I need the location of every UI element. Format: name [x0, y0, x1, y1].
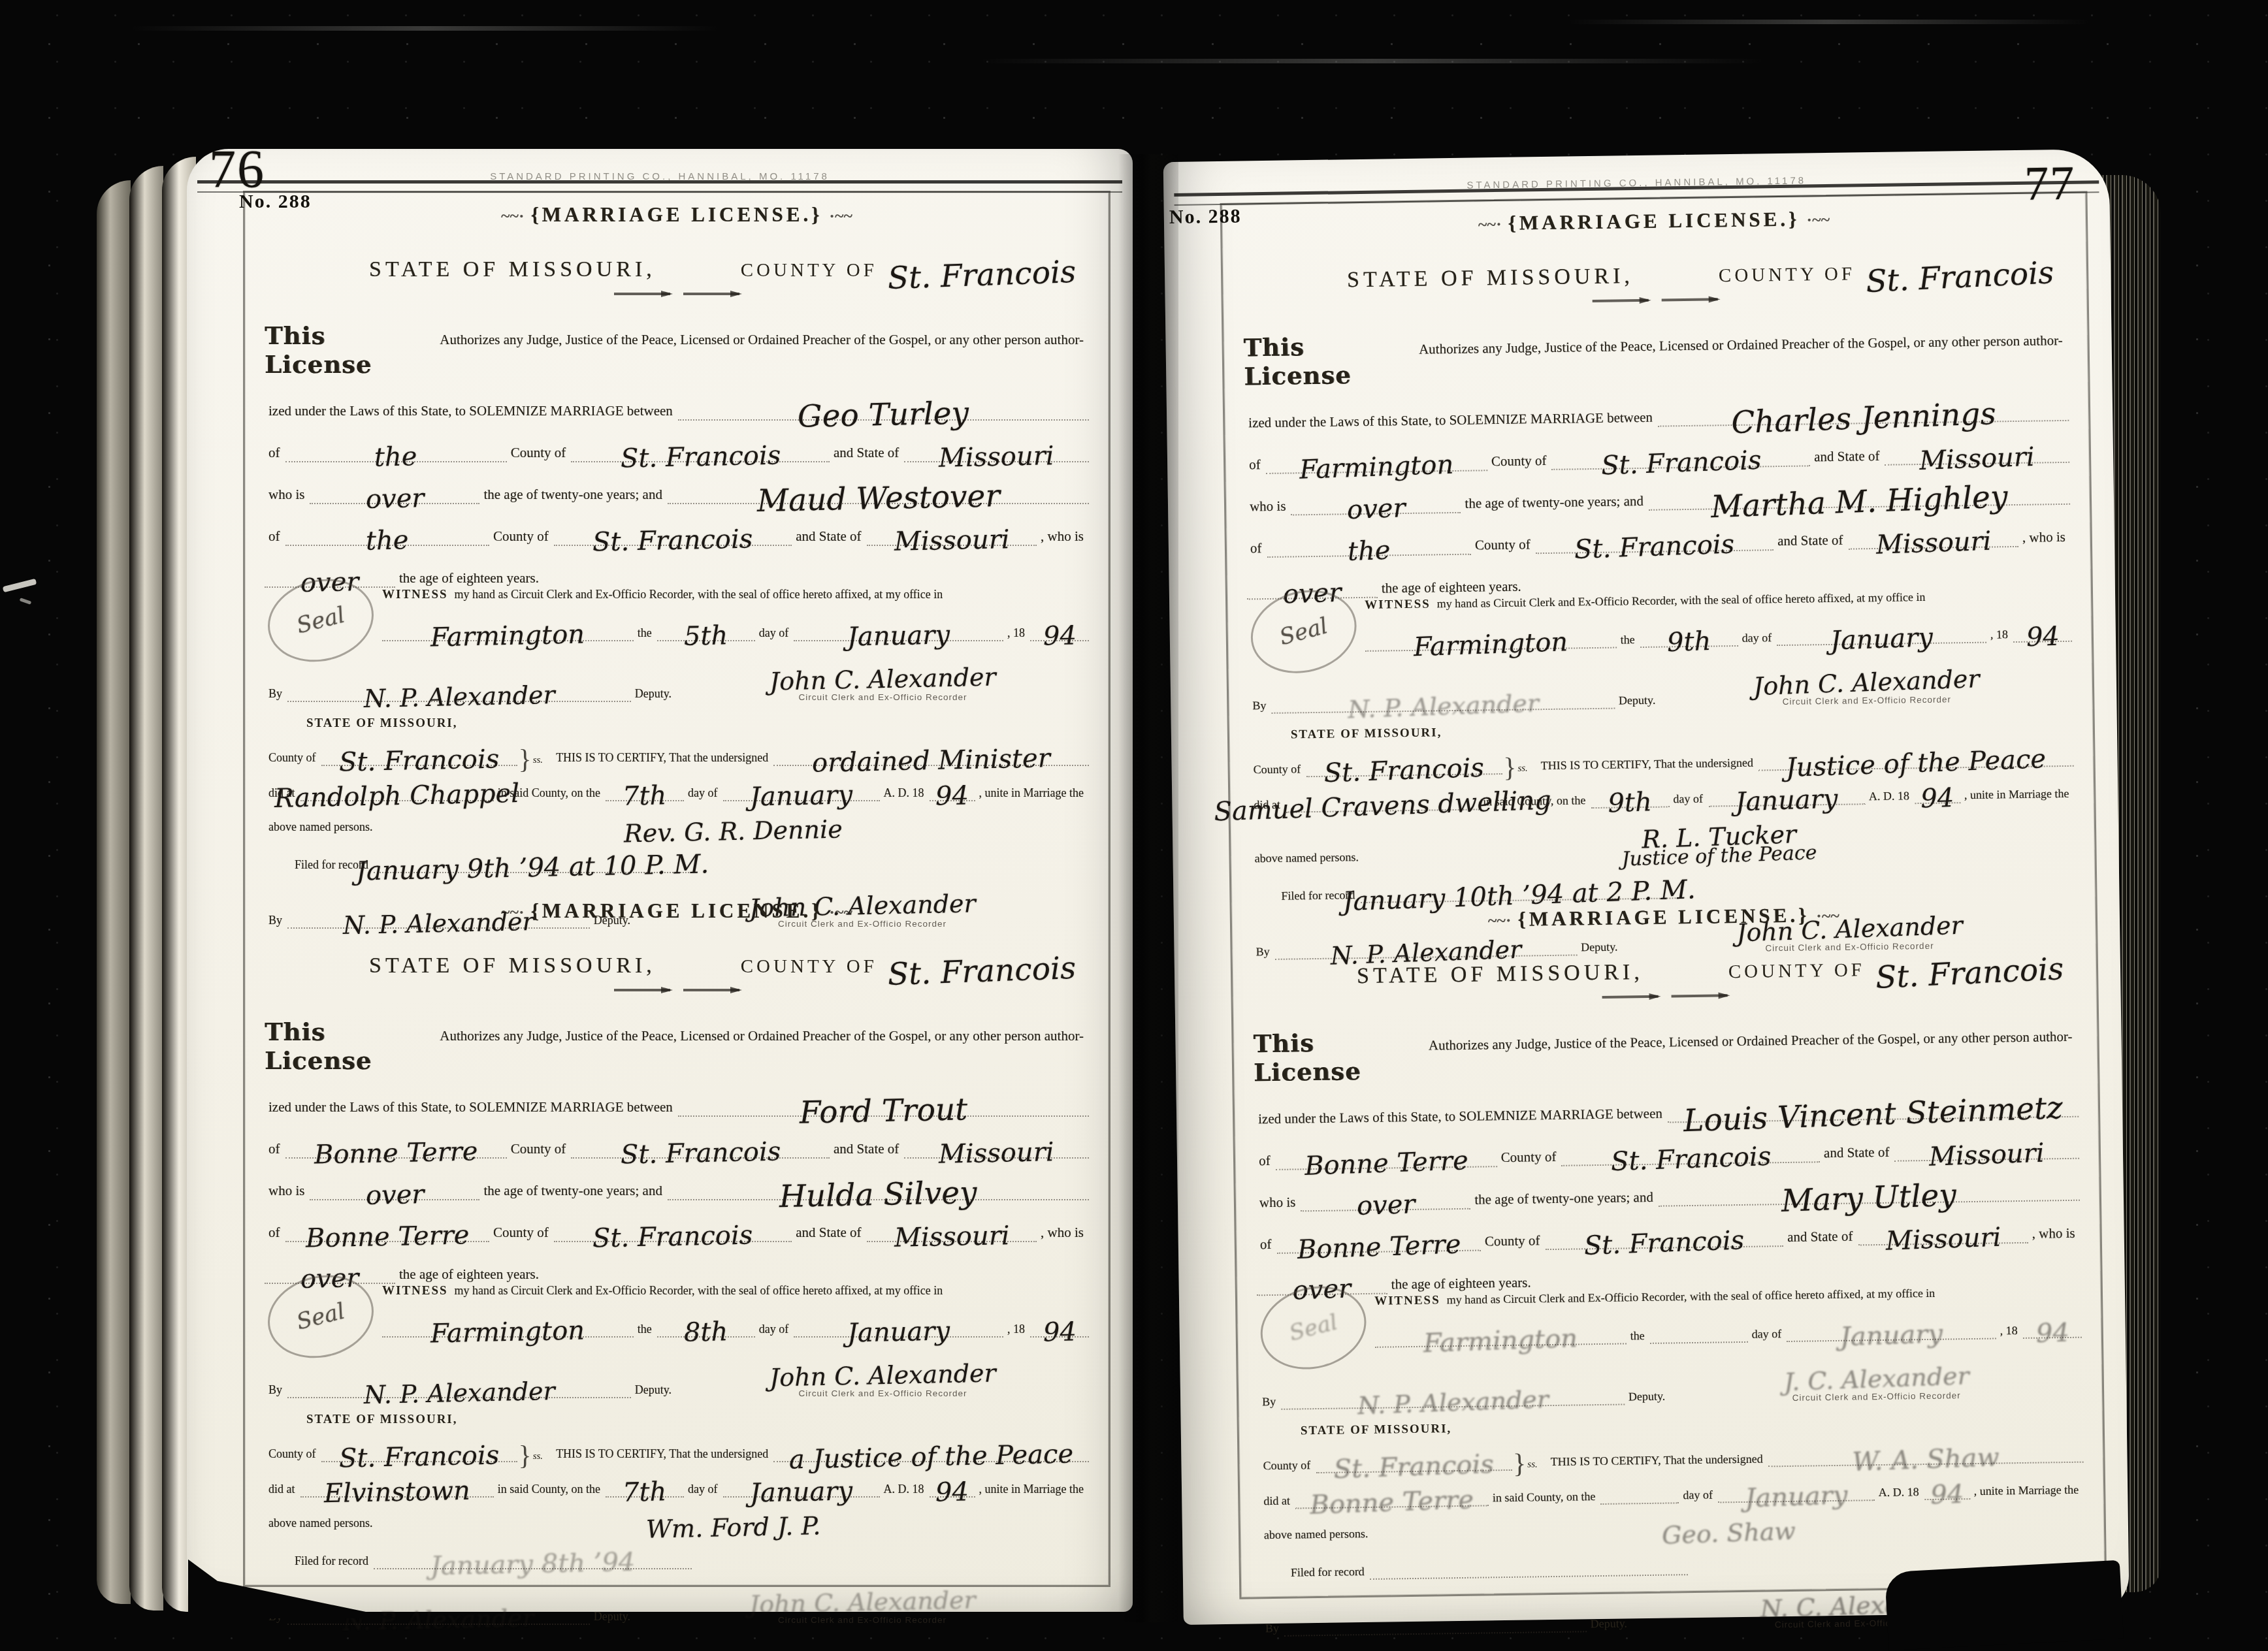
filed-line: Filed for record January 9th ’94 at 10 P…	[291, 851, 1089, 873]
witness-section: Seal WITNESS my hand as Circuit Clerk an…	[265, 1284, 1089, 1398]
the-label: the	[1617, 633, 1640, 649]
groom-name-field: Geo Turley	[678, 398, 1089, 421]
cert-place-date-line: did at Randolph Chappel in said County, …	[265, 779, 1089, 801]
witness-section: Seal WITNESS my hand as Circuit Clerk an…	[1257, 1285, 2082, 1411]
groom-county-field: St. Francois	[571, 1136, 830, 1159]
groom-county-field: St. Francois	[571, 440, 830, 462]
groom-state: Missouri	[1919, 447, 2035, 471]
cert-state-label: STATE OF MISSOURI,	[306, 1413, 1089, 1427]
witness-year-field: 94	[1030, 619, 1089, 641]
authorizes-text: Authorizes any Judge, Justice of the Pea…	[436, 332, 1089, 349]
witness-day: 5th	[684, 626, 728, 646]
groom-county: St. Francois	[1600, 451, 1761, 476]
cert-county: St. Francois	[1333, 1454, 1494, 1480]
age21-label: the age of twenty-one years; and	[1461, 493, 1649, 513]
of-label: of	[1246, 540, 1267, 558]
groom-state: Missouri	[939, 1142, 1054, 1164]
form-number: No. 288	[1169, 205, 1242, 229]
witness-day: 9th	[1667, 632, 1711, 652]
county-of-label: County of	[265, 751, 321, 766]
year-18-label: , 18	[1003, 1322, 1030, 1338]
who-is-label: , who is	[2028, 1225, 2081, 1243]
age18-label: the age of eighteen years.	[395, 570, 544, 588]
groom-county-field: St. Francois	[1551, 444, 1810, 470]
certify-label: THIS IS TO CERTIFY, That the undersigned	[1537, 756, 1758, 775]
bride-residence: Bonne Terre	[1297, 1234, 1461, 1260]
witness-year: 94	[1043, 1322, 1077, 1342]
witness-month-field: January	[794, 1315, 1003, 1338]
marriage-place: Randolph Chappel	[274, 784, 520, 809]
witness-year-field: 94	[2013, 620, 2072, 643]
marriage-day-field: 9th	[1591, 785, 1669, 809]
filed-date-field: January 8th ’94	[374, 1547, 692, 1569]
between-line: ized under the Laws of this State, to SO…	[1244, 399, 2069, 433]
age21-label: the age of twenty-one years; and	[479, 1183, 667, 1200]
clerk-signature-block: J. C. Alexander Circuit Clerk and Ex-Off…	[1670, 1360, 2083, 1405]
marriage-day-field	[1600, 1481, 1679, 1505]
year-18-label: , 18	[1003, 626, 1030, 641]
the-label: the	[634, 1322, 657, 1338]
license-grant-text: This License Authorizes any Judge, Justi…	[1243, 322, 2068, 391]
bride-age-line: over the age of eighteen years.	[265, 566, 1089, 588]
marriage-license-record: ~~·{MARRIAGE LICENSE.}·~~ STATE OF MISSO…	[245, 889, 1109, 1585]
witness-place-field: Farmington	[1365, 626, 1617, 652]
deputy-label: Deputy.	[590, 1610, 636, 1625]
age18-label: the age of eighteen years.	[1387, 1274, 1536, 1294]
cert-signature-line: above named persons. R. L. Tucker Justic…	[1250, 816, 2075, 867]
witness-line: WITNESS my hand as Circuit Clerk and Ex-…	[382, 1284, 1089, 1298]
deputy-signature-field: N. P. Alexander	[287, 1376, 631, 1398]
undersigned-field: W. A. Shaw	[1768, 1441, 2083, 1467]
brace-glyph: }	[1502, 761, 1517, 775]
groom-state-field: Missouri	[904, 1136, 1089, 1159]
filed-label: Filed for record	[291, 1554, 374, 1569]
marriage-day: 7th	[623, 1482, 667, 1502]
cert-county-field: St. Francois	[1316, 1449, 1512, 1473]
marriage-place: Samuel Cravens dwelling	[1214, 791, 1551, 822]
and-state-of-label: and State of	[1810, 448, 1885, 467]
undersigned-field: Justice of the Peace	[1758, 745, 2074, 771]
witness-date-line: Farmington the 5th day of January , 18 9…	[382, 619, 1089, 641]
film-scratch	[3, 579, 37, 592]
county-of-label: COUNTY OF	[1719, 263, 1856, 287]
groom-residence: the	[374, 447, 417, 467]
witness-place: Farmington	[1414, 632, 1568, 657]
state-county-line: STATE OF MISSOURI, COUNTY OF St. Francoi…	[265, 257, 1089, 282]
ad-18-label: A. D. 18	[1865, 789, 1915, 805]
seal-text: Seal	[1278, 616, 1330, 647]
form-number: No. 288	[239, 191, 312, 213]
witness-section: Seal WITNESS my hand as Circuit Clerk an…	[1247, 588, 2073, 714]
county-of-label: County of	[1497, 1149, 1562, 1167]
in-said-county-label: in said County, on the	[494, 1483, 606, 1498]
officiant-signature-block: R. L. Tucker Justice of the Peace	[1363, 816, 2075, 865]
scan-shadow-blob	[1885, 1560, 2124, 1651]
cert-county: St. Francois	[339, 1445, 500, 1468]
county-of-label: County of	[1259, 1458, 1316, 1474]
county-of-label: COUNTY OF	[741, 956, 877, 978]
groom-state-field: Missouri	[1885, 441, 2069, 466]
ad-18-label: A. D. 18	[880, 786, 930, 801]
seal-text: Seal	[1288, 1312, 1340, 1343]
of-label: of	[1256, 1236, 1277, 1254]
groom-age-line: who is over the age of twenty-one years;…	[265, 1178, 1089, 1200]
of-label: of	[1245, 457, 1266, 474]
solemnize-text: ized under the Laws of this State, to SO…	[265, 1099, 678, 1117]
bride-residence-field: the	[285, 524, 490, 546]
page-number: 77	[2024, 156, 2076, 212]
film-scratch	[20, 598, 32, 605]
flourish-icon: ~~·	[1488, 911, 1512, 930]
ss-label: ss.	[1527, 1459, 1547, 1470]
groom-residence-field: Farmington	[1265, 449, 1487, 474]
witness-line: WITNESS my hand as Circuit Clerk and Ex-…	[382, 588, 1089, 602]
who-is-label: , who is	[1037, 528, 1089, 546]
unite-label: , unite in Marriage the	[975, 1483, 1089, 1498]
bride-state-field: Missouri	[1848, 525, 2018, 550]
cert-county-line: County of St. Francois } ss. THIS IS TO …	[1249, 745, 2073, 778]
by-label: By	[1261, 1622, 1284, 1637]
groom-name: Louis Vincent Steinmetz	[1683, 1098, 2063, 1131]
groom-county: St. Francois	[620, 1142, 781, 1164]
witness-year-field: 94	[1030, 1315, 1089, 1338]
groom-residence-field: Bonne Terre	[285, 1136, 507, 1159]
license-title-text: {MARRIAGE LICENSE.}	[1508, 208, 1800, 234]
cert-county-line: County of St. Francois } ss. THIS IS TO …	[265, 1440, 1089, 1462]
ad-18-label: A. D. 18	[880, 1483, 930, 1498]
the-label: the	[1627, 1329, 1650, 1345]
marriage-place-field: Elvinstown	[300, 1475, 494, 1498]
witness-month: January	[847, 1321, 950, 1343]
and-state-of-label: and State of	[792, 1225, 866, 1242]
by-label: By	[1258, 1395, 1281, 1410]
filed-deputy-field	[1284, 1610, 1587, 1636]
bride-county: St. Francois	[592, 1225, 753, 1248]
flourish-icon: ·~~	[1806, 210, 1830, 229]
day-of-label: day of	[684, 1483, 722, 1498]
who-is-label: who is	[1246, 498, 1291, 516]
authorizes-text: Authorizes any Judge, Justice of the Pea…	[1425, 1029, 2078, 1055]
bride-name: Martha M. Highley	[1711, 487, 2008, 517]
filed-date: January 9th ’94 at 10 P. M.	[356, 854, 709, 881]
license-title: ~~·{MARRIAGE LICENSE.}·~~	[265, 203, 1089, 227]
bride-residence-field: Bonne Terre	[1276, 1229, 1481, 1254]
clerk-signature-block: John C. Alexander Circuit Clerk and Ex-O…	[1660, 664, 2073, 709]
cert-county-field: St. Francois	[1306, 752, 1502, 777]
state-label: STATE OF MISSOURI,	[369, 954, 656, 978]
cert-county-line: County of St. Francois } ss. THIS IS TO …	[1259, 1441, 2083, 1475]
groom-age-field: over	[1301, 1187, 1470, 1212]
clerk-signature: John C. Alexander	[1753, 669, 1980, 696]
license-title-text: {MARRIAGE LICENSE.}	[531, 899, 823, 922]
filed-label: Filed for record	[1287, 1565, 1370, 1581]
who-is-label: , who is	[1037, 1225, 1089, 1242]
bride-state-field: Missouri	[867, 524, 1037, 546]
license-title: ~~·{MARRIAGE LICENSE.}·~~	[265, 899, 1089, 923]
and-state-of-label: and State of	[792, 528, 866, 546]
license-grant-text: This License Authorizes any Judge, Justi…	[265, 1018, 1089, 1075]
marriage-day: 9th	[1608, 792, 1652, 813]
filed-clerk-signature-block: John C. Alexander Circuit Clerk and Ex-O…	[636, 1586, 1089, 1625]
marriage-license-record: ~~·{MARRIAGE LICENSE.}·~~ STATE OF MISSO…	[1231, 889, 2105, 1597]
marriage-year-field: 94	[930, 779, 975, 801]
bride-county: St. Francois	[592, 529, 753, 552]
scan-streak	[1568, 20, 2090, 24]
authorizes-text: Authorizes any Judge, Justice of the Pea…	[1415, 332, 2068, 359]
groom-residence-line: of Bonne Terre County of St. Francois an…	[1255, 1137, 2079, 1171]
groom-county-field: St. Francois	[1561, 1140, 1820, 1166]
license-slot-2: ~~·{MARRIAGE LICENSE.}·~~ STATE OF MISSO…	[245, 889, 1109, 1585]
above-named-label: above named persons.	[265, 820, 378, 835]
clerk-signature-block: John C. Alexander Circuit Clerk and Ex-O…	[677, 1360, 1089, 1398]
marriage-month: January	[750, 1481, 853, 1503]
bride-name: Mary Utley	[1781, 1186, 1957, 1211]
groom-age-line: who is over the age of twenty-one years;…	[265, 482, 1089, 504]
witness-text: my hand as Circuit Clerk and Ex-Officio …	[455, 588, 943, 601]
license-title: ~~·{MARRIAGE LICENSE.}·~~	[1242, 204, 2066, 239]
divider-arrows-icon	[607, 985, 746, 991]
year-18-label: , 18	[1996, 1324, 2023, 1339]
cert-state-label: STATE OF MISSOURI,	[306, 716, 1089, 731]
filed-date: January 8th ’94	[430, 1552, 635, 1577]
groom-age-line: who is over the age of twenty-one years;…	[1246, 483, 2070, 517]
groom-state-field: Missouri	[904, 440, 1089, 462]
officiant-signature-block: Geo. Shaw	[1373, 1513, 2084, 1542]
book-spine-shadow	[1118, 154, 1178, 1622]
witness-signature-line: By N. P. Alexander Deputy. John C. Alexa…	[265, 664, 1089, 702]
did-at-label: did at	[265, 1483, 300, 1498]
year-18-label: , 18	[1986, 628, 2013, 643]
book-page-right: 77 No. 288 STANDARD PRINTING CO., HANNIB…	[1163, 149, 2130, 1625]
license-slot-4: ~~·{MARRIAGE LICENSE.}·~~ STATE OF MISSO…	[1231, 889, 2105, 1597]
this-license-label: This License	[265, 1018, 427, 1075]
clerk-signature: John C. Alexander	[769, 667, 996, 691]
deputy-label: Deputy.	[1615, 694, 1661, 709]
county-of-label: County of	[1481, 1232, 1546, 1251]
marriage-month: January	[750, 785, 853, 807]
witness-place: Farmington	[430, 625, 585, 648]
who-is-label: , who is	[2018, 529, 2071, 547]
groom-name-field: Charles Jennings	[1658, 399, 2069, 427]
bride-name-field: Maud Westover	[668, 482, 1089, 504]
cert-state-label: STATE OF MISSOURI,	[1301, 1413, 2083, 1439]
witness-section: Seal WITNESS my hand as Circuit Clerk an…	[265, 588, 1089, 702]
groom-name: Ford Trout	[800, 1100, 968, 1123]
witness-month: January	[1830, 628, 1934, 650]
of-label: of	[1255, 1153, 1276, 1170]
bride-county-field: St. Francois	[554, 524, 792, 546]
witness-date-line: Farmington the 8th day of January , 18 9…	[382, 1315, 1089, 1338]
marriage-year: 94	[935, 786, 969, 806]
undersigned-capacity: ordained Minister	[812, 748, 1050, 773]
marriage-year: 94	[1930, 1484, 1964, 1505]
state-label: STATE OF MISSOURI,	[369, 257, 656, 282]
between-line: ized under the Laws of this State, to SO…	[1254, 1095, 2079, 1129]
witness-year: 94	[1043, 626, 1077, 646]
groom-residence-line: of the County of St. Francois and State …	[265, 440, 1089, 462]
unite-label: , unite in Marriage the	[1970, 1483, 2084, 1499]
certify-label: THIS IS TO CERTIFY, That the undersigned	[552, 751, 773, 766]
above-named-label: above named persons.	[1260, 1527, 1374, 1543]
marriage-year-field: 94	[1924, 1477, 1969, 1500]
bride-name: Maud Westover	[756, 487, 999, 511]
witness-place: Farmington	[430, 1321, 585, 1344]
solemnize-text: ized under the Laws of this State, to SO…	[1254, 1106, 1668, 1129]
day-of-label: day of	[684, 786, 722, 801]
witness-label: WITNESS	[1365, 598, 1431, 613]
the-label: the	[634, 626, 657, 641]
scan-streak	[131, 26, 719, 31]
of-label: of	[265, 1225, 285, 1242]
license-grant-text: This License Authorizes any Judge, Justi…	[1253, 1018, 2078, 1087]
groom-residence-line: of Bonne Terre County of St. Francois an…	[265, 1136, 1089, 1159]
bride-name-field: Hulda Silvey	[668, 1178, 1089, 1200]
flourish-icon: ~~·	[501, 206, 525, 225]
cert-place-date-line: did at Elvinstown in said County, on the…	[265, 1475, 1089, 1498]
county-of-label: County of	[1250, 762, 1306, 778]
groom-residence-line: of Farmington County of St. Francois and…	[1245, 441, 2069, 475]
groom-county: St. Francois	[620, 445, 781, 468]
witness-month: January	[847, 625, 950, 647]
officiant-signature: Geo. Shaw	[1662, 1521, 1796, 1545]
form-frame: ~~·{MARRIAGE LICENSE.}·~~ STATE OF MISSO…	[243, 191, 1110, 1587]
witness-date-line: Farmington the day of January , 18 94	[1375, 1316, 2082, 1348]
license-slot-1: ~~·{MARRIAGE LICENSE.}·~~ STATE OF MISSO…	[245, 193, 1109, 889]
county-of-label: County of	[489, 1225, 554, 1242]
day-of-label: day of	[1738, 631, 1777, 647]
bride-state-field: Missouri	[867, 1220, 1037, 1242]
bride-name: Hulda Silvey	[779, 1183, 977, 1207]
solemnize-text: ized under the Laws of this State, to SO…	[265, 403, 678, 421]
county-of-label: County of	[489, 528, 554, 546]
between-line: ized under the Laws of this State, to SO…	[265, 398, 1089, 421]
did-at-label: did at	[1259, 1494, 1295, 1510]
flourish-icon: ~~·	[1478, 215, 1502, 234]
between-line: ized under the Laws of this State, to SO…	[265, 1095, 1089, 1117]
groom-state-field: Missouri	[1894, 1137, 2079, 1162]
ss-label: ss.	[533, 755, 552, 766]
county-of-label: COUNTY OF	[741, 260, 877, 281]
county-value-handwritten: St. Francois	[887, 959, 1076, 985]
by-label: By	[1248, 699, 1271, 714]
county-of-label: County of	[265, 1447, 321, 1462]
witness-place-field: Farmington	[382, 1315, 634, 1338]
license-title: ~~·{MARRIAGE LICENSE.}·~~	[1252, 900, 2076, 935]
groom-name-field: Louis Vincent Steinmetz	[1668, 1095, 2079, 1123]
witness-year-field: 94	[2022, 1316, 2081, 1339]
undersigned-field: a Justice of the Peace	[773, 1440, 1089, 1462]
marriage-month-field: January	[723, 779, 880, 801]
marriage-license-record: ~~·{MARRIAGE LICENSE.}·~~ STATE OF MISSO…	[1222, 193, 2096, 901]
marriage-year: 94	[1920, 788, 1954, 809]
and-state-of-label: and State of	[830, 445, 904, 462]
county-of-label: County of	[507, 445, 572, 462]
bride-state: Missouri	[894, 1226, 1009, 1248]
groom-residence: Bonne Terre	[1304, 1151, 1468, 1176]
in-said-county-label: in said County, on the	[1489, 1490, 1601, 1506]
cert-signature-line: above named persons. Wm. Ford J. P.	[265, 1512, 1089, 1531]
and-state-of-label: and State of	[1820, 1144, 1895, 1163]
cert-county: St. Francois	[1323, 758, 1484, 784]
book-page-left: 76 No. 288 STANDARD PRINTING CO., HANNIB…	[187, 149, 1133, 1612]
witness-text: my hand as Circuit Clerk and Ex-Officio …	[455, 1284, 943, 1298]
groom-residence: Bonne Terre	[314, 1142, 478, 1164]
bride-residence: Bonne Terre	[305, 1225, 469, 1248]
marriage-day-field: 7th	[606, 1475, 684, 1498]
cert-county-field: St. Francois	[321, 744, 517, 766]
state-county-line: STATE OF MISSOURI, COUNTY OF St. Francoi…	[1242, 257, 2067, 295]
bride-state: Missouri	[894, 530, 1009, 552]
bride-county: St. Francois	[1584, 1230, 1745, 1256]
divider-arrows-icon	[1586, 294, 1725, 302]
brace-glyph: }	[1512, 1458, 1527, 1471]
page-edge-stack	[97, 180, 131, 1604]
license-title-text: {MARRIAGE LICENSE.}	[1517, 903, 1809, 930]
flourish-icon: ·~~	[829, 206, 852, 225]
day-of-label: day of	[755, 1322, 794, 1338]
and-state-of-label: and State of	[1783, 1228, 1858, 1247]
state-county-line: STATE OF MISSOURI, COUNTY OF St. Francoi…	[1252, 954, 2077, 991]
marriage-month-field: January	[723, 1475, 880, 1498]
marriage-license-record: ~~·{MARRIAGE LICENSE.}·~~ STATE OF MISSO…	[245, 193, 1109, 889]
witness-date-line: Farmington the 9th day of January , 18 9…	[1365, 620, 2072, 652]
filed-date-field	[1370, 1553, 1688, 1580]
cert-county-line: County of St. Francois } ss. THIS IS TO …	[265, 744, 1089, 766]
scanned-book-spread: 76 No. 288 STANDARD PRINTING CO., HANNIB…	[0, 0, 2268, 1651]
marriage-month: January	[1735, 789, 1838, 812]
this-license-label: This License	[1243, 331, 1406, 391]
witness-label: WITNESS	[382, 1284, 448, 1298]
marriage-place: Elvinstown	[323, 1481, 470, 1504]
seal-text: Seal	[295, 1301, 347, 1332]
filed-clerk-signature: John C. Alexander	[749, 1590, 975, 1614]
who-is-label: who is	[265, 487, 310, 504]
marriage-month-field: January	[1708, 782, 1865, 807]
bride-state: Missouri	[1885, 1228, 2001, 1251]
page-edge-stack	[129, 166, 163, 1611]
brace-glyph: }	[517, 1449, 533, 1462]
divider-arrows-icon	[607, 289, 746, 295]
marriage-year-field: 94	[930, 1475, 975, 1498]
groom-age: over	[1346, 498, 1405, 520]
bride-state-field: Missouri	[1858, 1221, 2028, 1246]
officiant-signature: Wm. Ford J. P.	[646, 1516, 821, 1539]
witness-label: WITNESS	[382, 588, 448, 602]
marriage-month: January	[1745, 1485, 1848, 1508]
witness-day-field: 8th	[657, 1315, 755, 1338]
witness-place-field: Farmington	[1375, 1322, 1627, 1347]
groom-age: over	[1356, 1194, 1415, 1216]
cert-county: St. Francois	[339, 749, 500, 772]
marriage-place: Bonne Terre	[1310, 1490, 1474, 1515]
bride-county-field: St. Francois	[554, 1220, 792, 1242]
witness-month: January	[1840, 1324, 1943, 1347]
deputy-label: Deputy.	[631, 1383, 677, 1398]
ad-18-label: A. D. 18	[1875, 1485, 1924, 1501]
marriage-place-field: Samuel Cravens dwelling	[1286, 788, 1480, 812]
county-of-label: County of	[1471, 536, 1536, 554]
day-of-label: day of	[1669, 792, 1708, 808]
marriage-year: 94	[935, 1482, 969, 1502]
bride-residence: the	[366, 530, 409, 551]
bride-name-field: Mary Utley	[1659, 1179, 2080, 1207]
witness-month-field: January	[1787, 1317, 1996, 1342]
officiant-signature-block: Rev. G. R. Dennie	[378, 816, 1089, 835]
marriage-place-field: Bonne Terre	[1295, 1484, 1489, 1509]
bride-state: Missouri	[1875, 532, 1992, 555]
county-value-handwritten: St. Francois	[1866, 263, 2054, 292]
age18-label: the age of eighteen years.	[395, 1266, 544, 1284]
